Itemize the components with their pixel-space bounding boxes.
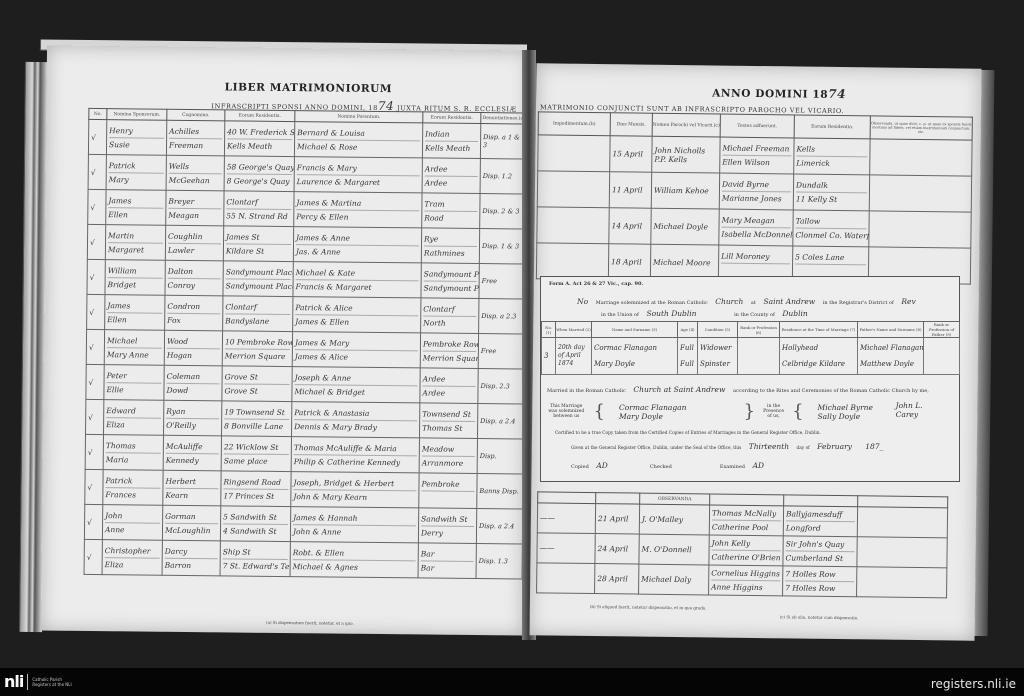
viewer-footer — [0, 668, 1024, 696]
image-viewer[interactable]: LIBER MATRIMONIORUM INFRASCRIPTI SPONSI … — [0, 0, 1024, 668]
table-row: √JamesEllenBreyerMeaganClontarf55 N. Str… — [88, 189, 526, 229]
checkmark-icon: √ — [88, 119, 106, 154]
cert-church: Church — [709, 297, 749, 306]
cert-union-line: in the Union of South Dublin in the Coun… — [601, 309, 814, 318]
nli-logo-text: Catholic Parish Registers at the NLI — [32, 677, 72, 687]
table-row: √ChristopherElizaDarcyBarronShip St7 St.… — [84, 539, 522, 579]
cert-checks-line: Copied AD Checked Examined AD — [571, 461, 951, 470]
table-row: √HenrySusieAchillesFreeman40 W. Frederic… — [88, 119, 526, 159]
table-row: √MichaelMary AnneWoodHogan10 Pembroke Ro… — [86, 329, 524, 369]
banns-cell: Disp. a 2.4 — [476, 509, 522, 544]
col-names: Nomina Sponsorum. — [107, 109, 167, 121]
banns-cell: Disp. 1.3 — [476, 544, 522, 579]
table-row: 11 AprilWilliam KehoeDavid ByrneMarianne… — [537, 171, 971, 212]
left-page-title: LIBER MATRIMONIORUM — [225, 81, 393, 95]
cert-solemnized-line: No Marriage solemnized at the Roman Cath… — [571, 297, 922, 306]
banns-cell: Free — [478, 334, 524, 369]
checkmark-icon: √ — [85, 434, 103, 469]
cert-church-name: Saint Andrew — [757, 297, 821, 306]
banns-cell: Disp. 1 & 3 — [479, 229, 525, 264]
cert-entry-table: No. (1) When Married (2) Name and Surnam… — [541, 321, 960, 375]
table-row: √JamesEllenCondronFoxClontarfBandyslaneP… — [87, 294, 525, 334]
left-page: LIBER MATRIMONIORUM INFRASCRIPTI SPONSI … — [41, 45, 529, 635]
table-row: ——21 AprilJ. O'MalleyThomas McNallyCathe… — [537, 503, 947, 538]
cert-certified-text: Certified to be a true Copy taken from t… — [555, 431, 821, 436]
cert-county: Dublin — [776, 309, 813, 318]
col-impediment: Impedimentum.(b) — [538, 112, 610, 136]
banns-cell: Disp. 2 & 3 — [480, 194, 526, 229]
col-parents-residence: Eorum Residentia. — [423, 112, 481, 124]
col-witnesses: Testes adfuerunt. — [720, 114, 794, 138]
table-row: √PatrickMaryWellsMcGeehan58 George's Qua… — [88, 154, 526, 194]
cert-form-header: Form A. Act 26 & 27 Vic., cap. 90. — [549, 281, 643, 287]
table-row: 14 AprilMichael DoyleMary MeaganIsabella… — [537, 207, 971, 248]
banns-cell: Disp. a 2.4 — [477, 404, 523, 439]
col-banns: Denuntiationes.(a) — [481, 113, 527, 124]
cert-married-in-line: Married in the Roman Catholic Church at … — [547, 385, 929, 394]
table-row: √WilliamBridgetDaltonConroySandymount Pl… — [87, 259, 525, 299]
ceremony-details-table: Impedimentum.(b) Dies Mensis. Nomen Paro… — [536, 111, 973, 284]
banns-cell: Disp. 2.3 — [478, 369, 524, 404]
registers-site-link[interactable]: registers.nli.ie — [931, 677, 1016, 691]
col-priest: Nomen Parochi vel Vicarii.(c) — [652, 113, 720, 137]
marriage-register-table: No. Nomina Sponsorum. Cognomina. Eorum R… — [84, 108, 528, 580]
left-footnote: (a) Si dispensatum fuerit, notetur, et a… — [266, 620, 354, 626]
col-date: Dies Mensis. — [610, 113, 652, 137]
table-row: √JohnAnneGormanMcLoughlin5 Sandwith St4 … — [84, 504, 522, 544]
banns-cell: Disp. a 1 & 3 — [480, 124, 526, 159]
checkmark-icon: √ — [88, 154, 106, 189]
banns-cell: Disp. — [477, 439, 523, 474]
table-row: 15 AprilJohn Nicholls P.P. KellsMichael … — [538, 135, 972, 176]
cert-union: South Dublin — [641, 309, 703, 318]
checkmark-icon: √ — [86, 364, 104, 399]
cert-signatures: This Marriage was solemnized between us … — [547, 401, 947, 422]
table-row: 28 AprilMichael DalyCornelius HigginsAnn… — [537, 563, 947, 598]
table-row: √EdwardElizaRyanO'Reilly19 Townsend St8 … — [86, 399, 524, 439]
col-no: No. — [89, 108, 107, 119]
col-residence: Eorum Residentia. — [225, 110, 295, 122]
cert-given-line: Given at the General Register Office, Du… — [571, 442, 889, 451]
table-row: √PeterEllieColemanDowdGrove StGrove StJo… — [86, 364, 524, 404]
col-surnames: Cognomina. — [167, 109, 225, 121]
banns-cell: Banns Disp. — [477, 474, 523, 509]
table-row: ——24 AprilM. O'DonnellJohn KellyCatherin… — [537, 533, 947, 568]
lower-header-note: OBSERVANDA — [640, 493, 710, 505]
table-row: √PatrickFrancesHerbertKearnRingsend Road… — [85, 469, 523, 509]
cert-entry-row: 3 20th day of April 1874 Cormac Flanagan… — [542, 338, 960, 375]
cert-officiant: John L. Carey — [890, 401, 947, 419]
checkmark-icon: √ — [87, 259, 105, 294]
right-title-year: 74 — [828, 87, 846, 101]
checkmark-icon: √ — [88, 189, 106, 224]
banns-cell: Disp. a 2.3 — [479, 299, 525, 334]
ceremony-details-lower-table: OBSERVANDA ——21 AprilJ. O'MalleyThomas M… — [536, 491, 948, 598]
col-observations: Observanda, ut quae dicit, c. p. ut quae… — [870, 116, 972, 140]
right-footnote-c: (c) Si ab alio, notetur cum dispensatio. — [780, 614, 859, 620]
checkmark-icon: √ — [85, 469, 103, 504]
nli-logo-mark: nli — [4, 674, 23, 690]
checkmark-icon: √ — [84, 539, 102, 574]
checkmark-icon: √ — [84, 504, 102, 539]
cert-district: Rev — [895, 297, 921, 306]
nli-logo[interactable]: nli Catholic Parish Registers at the NLI — [4, 674, 72, 690]
col-witness-residence: Eorum Residentia. — [794, 115, 870, 139]
checkmark-icon: √ — [87, 224, 105, 259]
table-row: √ThomasMariaMcAuliffeKennedy22 Wicklow S… — [85, 434, 523, 474]
table-row: √MartinMargaretCoughlinLawlerJames StKil… — [87, 224, 525, 264]
marriage-certificate: Form A. Act 26 & 27 Vic., cap. 90. No Ma… — [540, 276, 960, 482]
logo-divider — [27, 674, 28, 690]
banns-cell: Free — [479, 264, 525, 299]
right-footnote-b: (b) Si aliquod fuerit, notetur dispensat… — [590, 604, 707, 610]
checkmark-icon: √ — [86, 329, 104, 364]
banns-cell: Disp. 1.2 — [480, 159, 526, 194]
right-page-title: ANNO DOMINI 1874 — [712, 85, 846, 101]
checkmark-icon: √ — [87, 294, 105, 329]
checkmark-icon: √ — [86, 399, 104, 434]
